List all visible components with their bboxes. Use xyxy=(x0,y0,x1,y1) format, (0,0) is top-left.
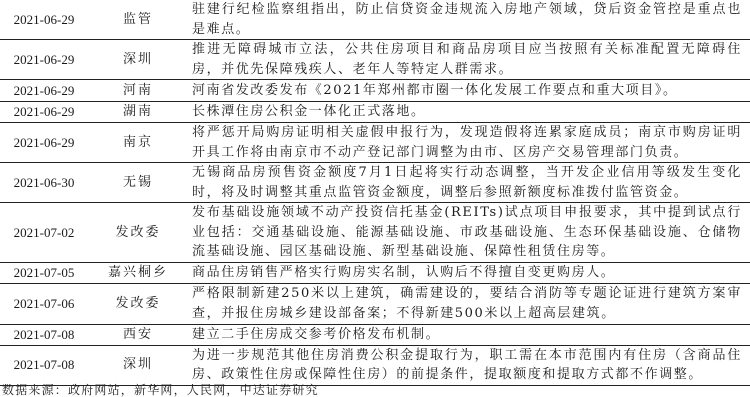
content-cell: 将严惩开局购房证明相关虚假申报行为，发现造假将连累家庭成员；南京市购房证明开具工… xyxy=(188,123,750,163)
content-cell: 河南省发改委发布《2021年郑州都市圈一体化发展工作要点和重大项目》。 xyxy=(188,80,750,102)
table-row: 2021-07-08 深圳 为进一步规范其他住房消费公积金提取行为，职工需在本市… xyxy=(0,345,750,385)
table-row: 2021-06-30 无锡 无锡商品房预售资金额度7月1日起将实行动态调整，当开… xyxy=(0,163,750,203)
policy-events-table: 2021-06-29 监管 驻建行纪检监察组指出，防止信贷资金违规流入房地产领域… xyxy=(0,0,750,386)
region-cell: 发改委 xyxy=(88,283,188,324)
date-cell: 2021-07-05 xyxy=(0,262,88,283)
table-row: 2021-06-29 河南 河南省发改委发布《2021年郑州都市圈一体化发展工作… xyxy=(0,80,750,102)
data-source-note: 数据来源：政府网站，新华网，人民网，中达证券研究 xyxy=(2,381,319,397)
table-row: 2021-07-08 西安 建立二手住房成交参考价格发布机制。 xyxy=(0,324,750,345)
region-cell: 西安 xyxy=(88,324,188,345)
content-cell: 发布基础设施领域不动产投资信托基金(REITs)试点项目申报要求，其中提到试点行… xyxy=(188,203,750,263)
table-row: 2021-07-05 嘉兴桐乡 商品住房销售严格实行购房实名制，认购后不得擅自变… xyxy=(0,262,750,283)
content-cell: 无锡商品房预售资金额度7月1日起将实行动态调整，当开发企业信用等级发生变化时，将… xyxy=(188,163,750,203)
region-cell: 深圳 xyxy=(88,40,188,80)
content-cell: 严格限制新建250米以上建筑，确需建设的，要结合消防等专题论证进行建筑方案审查，… xyxy=(188,283,750,324)
date-cell: 2021-06-29 xyxy=(0,123,88,163)
table-row: 2021-07-06 发改委 严格限制新建250米以上建筑，确需建设的，要结合消… xyxy=(0,283,750,324)
table-row: 2021-06-29 南京 将严惩开局购房证明相关虚假申报行为，发现造假将连累家… xyxy=(0,123,750,163)
region-cell: 河南 xyxy=(88,80,188,102)
table-row: 2021-06-29 深圳 推进无障碍城市立法，公共住房项目和商品房项目应当按照… xyxy=(0,40,750,80)
date-cell: 2021-07-08 xyxy=(0,324,88,345)
content-cell: 为进一步规范其他住房消费公积金提取行为，职工需在本市范围内有住房（含商品住房、政… xyxy=(188,345,750,385)
date-cell: 2021-06-29 xyxy=(0,80,88,102)
region-cell: 发改委 xyxy=(88,203,188,263)
content-cell: 长株潭住房公积金一体化正式落地。 xyxy=(188,102,750,123)
region-cell: 监管 xyxy=(88,0,188,40)
table-row: 2021-06-29 监管 驻建行纪检监察组指出，防止信贷资金违规流入房地产领域… xyxy=(0,0,750,40)
content-cell: 商品住房销售严格实行购房实名制，认购后不得擅自变更购房人。 xyxy=(188,262,750,283)
content-cell: 推进无障碍城市立法，公共住房项目和商品房项目应当按照有关标准配置无障碍住房，并优… xyxy=(188,40,750,80)
region-cell: 无锡 xyxy=(88,163,188,203)
date-cell: 2021-06-29 xyxy=(0,0,88,40)
date-cell: 2021-06-29 xyxy=(0,102,88,123)
table-row: 2021-06-29 湖南 长株潭住房公积金一体化正式落地。 xyxy=(0,102,750,123)
content-cell: 驻建行纪检监察组指出，防止信贷资金违规流入房地产领域，贷后资金管控是重点也是难点… xyxy=(188,0,750,40)
content-cell: 建立二手住房成交参考价格发布机制。 xyxy=(188,324,750,345)
region-cell: 嘉兴桐乡 xyxy=(88,262,188,283)
date-cell: 2021-07-08 xyxy=(0,345,88,385)
date-cell: 2021-06-29 xyxy=(0,40,88,80)
table-row: 2021-07-02 发改委 发布基础设施领域不动产投资信托基金(REITs)试… xyxy=(0,203,750,263)
date-cell: 2021-06-30 xyxy=(0,163,88,203)
region-cell: 湖南 xyxy=(88,102,188,123)
date-cell: 2021-07-02 xyxy=(0,203,88,263)
region-cell: 南京 xyxy=(88,123,188,163)
date-cell: 2021-07-06 xyxy=(0,283,88,324)
region-cell: 深圳 xyxy=(88,345,188,385)
